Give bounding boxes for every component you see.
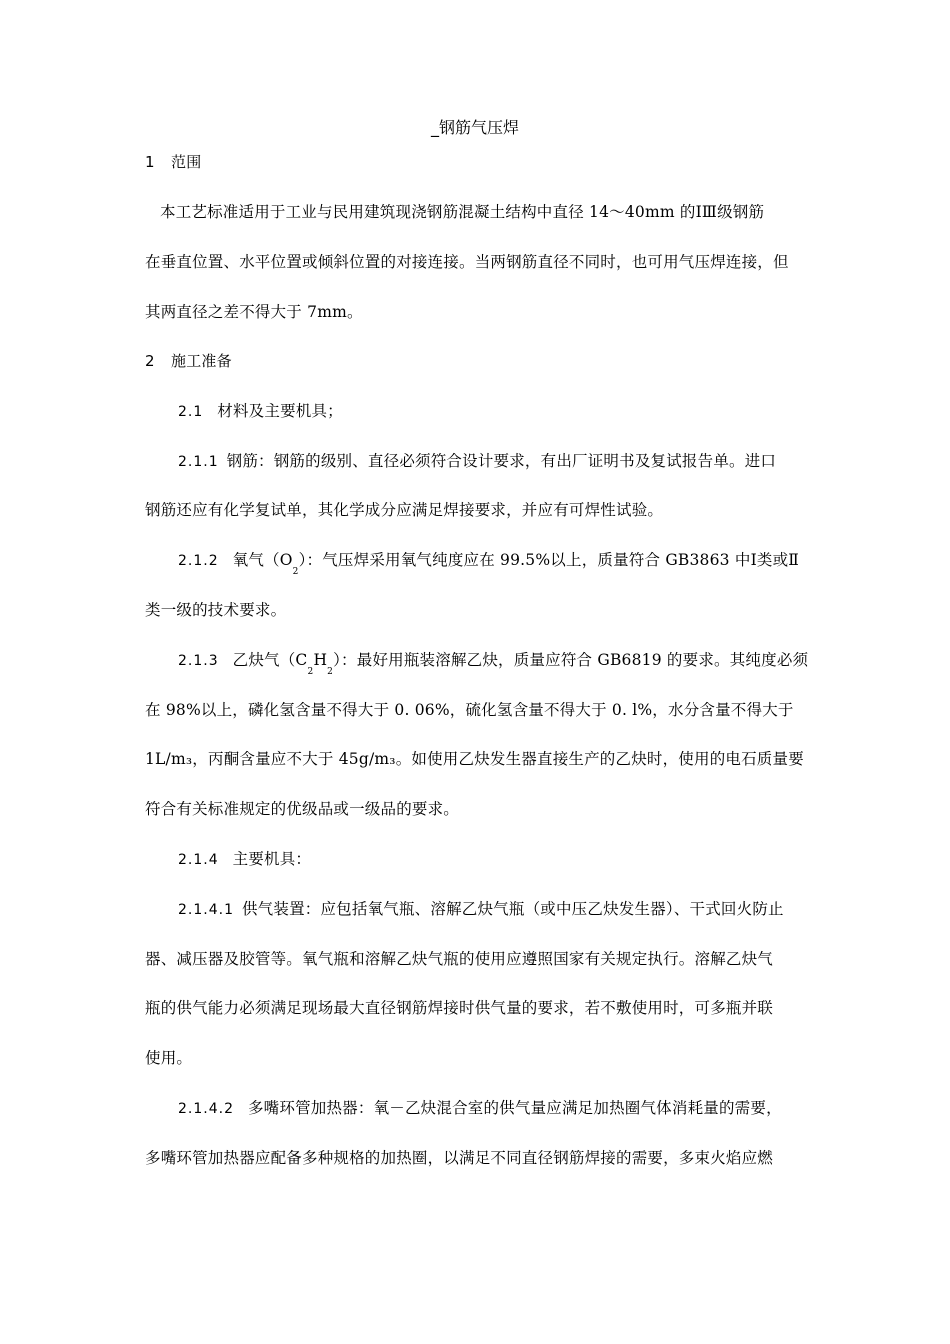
item-text-mid: H <box>313 651 327 669</box>
item-text: 钢筋：钢筋的级别、直径必须符合设计要求，有出厂证明书及复试报告单。进口 <box>227 452 777 470</box>
item-2-1-4: 2.1.4主要机具： <box>178 849 311 870</box>
section-heading-2: 2施工准备 <box>145 351 232 371</box>
item-number: 2.1.1 <box>178 452 219 472</box>
subscript: 2 <box>308 667 314 677</box>
section-title: 范围 <box>171 153 201 171</box>
item-2-1-1-line-1: 2.1.1钢筋：钢筋的级别、直径必须符合设计要求，有出厂证明书及复试报告单。进口 <box>178 451 776 472</box>
item-2-1-3-line-1: 2.1.3乙炔气（C2H2）：最好用瓶装溶解乙炔，质量应符合 GB6819 的要… <box>178 650 808 673</box>
item-2-1-3-line-3: 1L/m₃，丙酮含量应不大于 45g/m₃。如使用乙炔发生器直接生产的乙炔时，使… <box>145 749 804 769</box>
item-2-1-2-line-2: 类一级的技术要求。 <box>145 600 286 620</box>
item-2-1-3-line-2: 在 98%以上，磷化氢含量不得大于 0. 06%，硫化氢含量不得大于 0. l%… <box>145 700 794 720</box>
subscript: 2 <box>327 667 333 677</box>
paragraph-line: 在垂直位置、水平位置或倾斜位置的对接连接。当两钢筋直径不同时，也可用气压焊连接，… <box>145 252 789 272</box>
item-number: 2.1.4 <box>178 850 219 870</box>
section-number: 1 <box>145 152 171 172</box>
item-2-1-4-1-line-2: 器、减压器及胶管等。氧气瓶和溶解乙炔气瓶的使用应遵照国家有关规定执行。溶解乙炔气 <box>145 949 773 969</box>
item-2-1-4-1-line-3: 瓶的供气能力必须满足现场最大直径钢筋焊接时供气量的要求，若不敷使用时，可多瓶并联 <box>145 998 773 1018</box>
subsection-number: 2.1 <box>178 402 203 422</box>
item-text-post: ）：最好用瓶装溶解乙炔，质量应符合 GB6819 的要求。其纯度必须 <box>333 651 808 669</box>
item-text: 供气装置：应包括氧气瓶、溶解乙炔气瓶（或中压乙炔发生器）、干式回火防止 <box>242 900 784 918</box>
item-text-pre: 乙炔气（C <box>233 651 308 669</box>
item-2-1-4-2-line-2: 多嘴环管加热器应配备多种规格的加热圈，以满足不同直径钢筋焊接的需要，多束火焰应燃 <box>145 1148 773 1168</box>
document-title: _钢筋气压焊 <box>0 118 950 138</box>
paragraph-line: 其两直径之差不得大于 7mm。 <box>145 302 363 322</box>
subsection-2-1: 2.1材料及主要机具； <box>178 401 343 422</box>
item-2-1-1-line-2: 钢筋还应有化学复试单，其化学成分应满足焊接要求，并应有可焊性试验。 <box>145 500 663 520</box>
item-number: 2.1.2 <box>178 551 219 571</box>
subsection-text: 材料及主要机具； <box>217 402 343 420</box>
item-text: 主要机具： <box>233 850 312 868</box>
item-2-1-4-2-line-1: 2.1.4.2多嘴环管加热器：氧－乙炔混合室的供气量应满足加热圈气体消耗量的需要… <box>178 1098 782 1119</box>
item-2-1-2-line-1: 2.1.2氧气（O2）：气压焊采用氧气纯度应在 99.5%以上，质量符合 GB3… <box>178 550 799 573</box>
subscript: 2 <box>293 567 299 577</box>
item-text-pre: 氧气（O <box>233 551 293 569</box>
item-text-post: ）：气压焊采用氧气纯度应在 99.5%以上，质量符合 GB3863 中Ⅰ类或Ⅱ <box>299 551 799 569</box>
section-heading-1: 1范围 <box>145 152 201 172</box>
item-text: 多嘴环管加热器：氧－乙炔混合室的供气量应满足加热圈气体消耗量的需要， <box>248 1099 782 1117</box>
item-2-1-4-1-line-1: 2.1.4.1供气装置：应包括氧气瓶、溶解乙炔气瓶（或中压乙炔发生器）、干式回火… <box>178 899 784 920</box>
paragraph-line: 本工艺标准适用于工业与民用建筑现浇钢筋混凝土结构中直径 14～40mm 的ⅠⅢ级… <box>160 202 764 222</box>
document-page: _钢筋气压焊 1范围 本工艺标准适用于工业与民用建筑现浇钢筋混凝土结构中直径 1… <box>0 0 950 1344</box>
section-title: 施工准备 <box>171 352 232 370</box>
item-2-1-3-line-4: 符合有关标准规定的优级品或一级品的要求。 <box>145 799 459 819</box>
item-number: 2.1.3 <box>178 651 219 671</box>
item-2-1-4-1-line-4: 使用。 <box>145 1048 192 1068</box>
item-number: 2.1.4.1 <box>178 900 234 920</box>
section-number: 2 <box>145 351 171 371</box>
item-number: 2.1.4.2 <box>178 1099 234 1119</box>
